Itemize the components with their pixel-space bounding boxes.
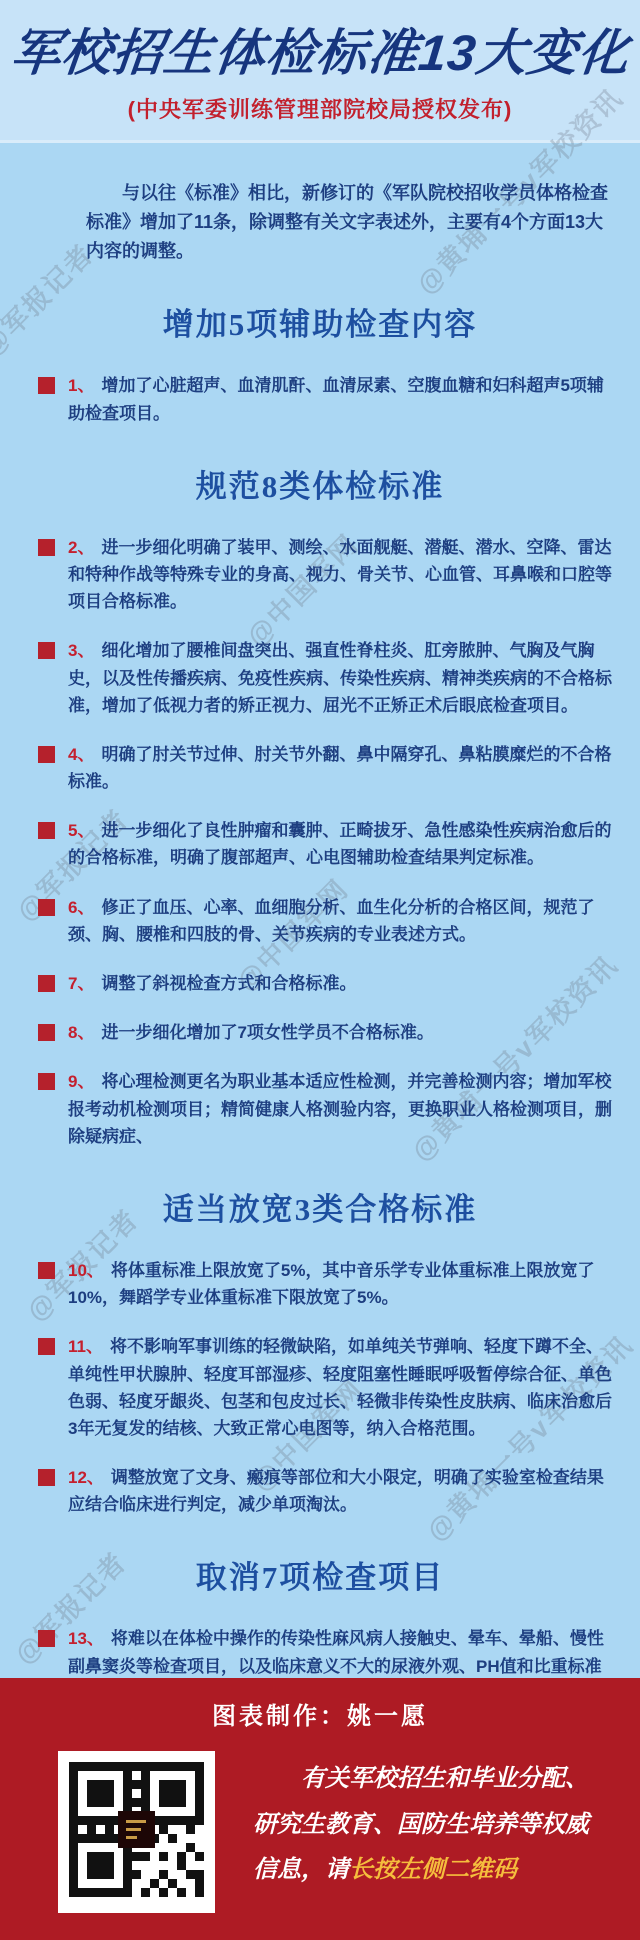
- item-text: 将不影响军事训练的轻微缺陷，如单纯关节弹响、轻度下蹲不全、单纯性甲状腺肿、轻度耳…: [68, 1337, 612, 1438]
- intro-paragraph: 与以往《标准》相比，新修订的《军队院校招收学员体格检查标准》增加了11条，除调整…: [0, 179, 640, 265]
- item-number: 11、: [68, 1337, 103, 1356]
- red-square-bullet-icon: [38, 746, 55, 763]
- item-text: 调整了斜视检查方式和合格标准。: [101, 974, 356, 993]
- item-text: 将体重标准上限放宽了5%，其中音乐学专业体重标准上限放宽了10%，舞蹈学专业体重…: [68, 1261, 595, 1307]
- red-square-bullet-icon: [38, 1262, 55, 1279]
- promo-text: 有关军校招生和毕业分配、 研究生教育、国防生培养等权威 信息，请长按左侧二维码: [215, 1751, 640, 1894]
- item-text: 进一步细化增加了7项女性学员不合格标准。: [101, 1023, 433, 1042]
- list-item-1: 1、增加了心脏超声、血清肌酐、血清尿素、空腹血糖和妇科超声5项辅助检查项目。: [0, 372, 640, 426]
- masthead: 军校招生体检标准13大变化 (中央军委训练管理部院校局授权发布): [0, 0, 640, 143]
- page-subtitle: (中央军委训练管理部院校局授权发布): [0, 93, 640, 124]
- item-number: 8、: [68, 1023, 94, 1042]
- item-number: 2、: [68, 538, 94, 557]
- list-item-10: 10、将体重标准上限放宽了5%，其中音乐学专业体重标准上限放宽了10%，舞蹈学专…: [0, 1257, 640, 1311]
- section-heading-2: 规范8类体检标准: [0, 461, 640, 506]
- credit-line: 图表制作：姚一愿: [0, 1696, 640, 1731]
- item-number: 1、: [68, 376, 94, 395]
- item-text: 将难以在体检中操作的传染性麻风病人接触史、晕车、晕船、慢性副鼻窦炎等检查项目，以…: [68, 1629, 604, 1678]
- item-text: 进一步细化了良性肿瘤和囊肿、正畸拔牙、急性感染性疾病治愈后的的合格标准，明确了腹…: [68, 821, 611, 867]
- footer-row: 有关军校招生和毕业分配、 研究生教育、国防生培养等权威 信息，请长按左侧二维码: [0, 1751, 640, 1913]
- red-square-bullet-icon: [38, 642, 55, 659]
- item-text: 增加了心脏超声、血清肌酐、血清尿素、空腹血糖和妇科超声5项辅助检查项目。: [68, 376, 604, 422]
- page-title: 军校招生体检标准13大变化: [0, 26, 640, 81]
- section-heading-1: 增加5项辅助检查内容: [0, 299, 640, 344]
- qr-code-image: [69, 1762, 204, 1897]
- promo-line-2: 研究生教育、国防生培养等权威: [253, 1803, 618, 1849]
- item-number: 10、: [68, 1261, 104, 1280]
- red-square-bullet-icon: [38, 539, 55, 556]
- promo-line-3-white: 信息，请: [253, 1857, 349, 1883]
- section-heading-3: 适当放宽3类合格标准: [0, 1184, 640, 1229]
- list-item-7: 7、调整了斜视检查方式和合格标准。: [0, 970, 640, 997]
- item-text: 明确了肘关节过伸、肘关节外翻、鼻中隔穿孔、鼻粘膜糜烂的不合格标准。: [68, 745, 611, 791]
- promo-line-3-highlight: 长按左侧二维码: [349, 1857, 517, 1883]
- item-number: 3、: [68, 641, 94, 660]
- item-text: 细化增加了腰椎间盘突出、强直性脊柱炎、肛旁脓肿、气胸及气胸史，以及性传播疾病、免…: [68, 641, 612, 714]
- red-square-bullet-icon: [38, 899, 55, 916]
- red-square-bullet-icon: [38, 1630, 55, 1647]
- item-number: 7、: [68, 974, 94, 993]
- item-number: 12、: [68, 1468, 104, 1487]
- qr-code: [58, 1751, 215, 1913]
- promo-line-3: 信息，请长按左侧二维码: [253, 1848, 618, 1894]
- section-heading-4: 取消7项检查项目: [0, 1552, 640, 1597]
- list-item-13: 13、将难以在体检中操作的传染性麻风病人接触史、晕车、晕船、慢性副鼻窦炎等检查项…: [0, 1625, 640, 1678]
- item-number: 4、: [68, 745, 94, 764]
- list-item-2: 2、进一步细化明确了装甲、测绘、水面舰艇、潜艇、潜水、空降、雷达和特种作战等特殊…: [0, 534, 640, 616]
- infographic-poster: @黄埔一号v军校资讯 @军报记者 @中国军网 @军报记者 @中国军网 @黄埔一号…: [0, 0, 640, 1940]
- red-square-bullet-icon: [38, 975, 55, 992]
- list-item-4: 4、明确了肘关节过伸、肘关节外翻、鼻中隔穿孔、鼻粘膜糜烂的不合格标准。: [0, 741, 640, 795]
- promo-line-1: 有关军校招生和毕业分配、: [253, 1757, 618, 1803]
- item-number: 6、: [68, 898, 94, 917]
- list-item-5: 5、进一步细化了良性肿瘤和囊肿、正畸拔牙、急性感染性疾病治愈后的的合格标准，明确…: [0, 817, 640, 871]
- item-text: 进一步细化明确了装甲、测绘、水面舰艇、潜艇、潜水、空降、雷达和特种作战等特殊专业…: [68, 538, 612, 611]
- list-item-9: 9、将心理检测更名为职业基本适应性检测，并完善检测内容；增加军校报考动机检测项目…: [0, 1068, 640, 1150]
- list-item-8: 8、进一步细化增加了7项女性学员不合格标准。: [0, 1019, 640, 1046]
- item-number: 5、: [68, 821, 94, 840]
- list-item-12: 12、调整放宽了文身、瘢痕等部位和大小限定，明确了实验室检查结果应结合临床进行判…: [0, 1464, 640, 1518]
- red-square-bullet-icon: [38, 1073, 55, 1090]
- content-body: 与以往《标准》相比，新修订的《军队院校招收学员体格检查标准》增加了11条，除调整…: [0, 143, 640, 1678]
- item-number: 9、: [68, 1072, 94, 1091]
- red-square-bullet-icon: [38, 1338, 55, 1355]
- red-square-bullet-icon: [38, 822, 55, 839]
- list-item-11: 11、将不影响军事训练的轻微缺陷，如单纯关节弹响、轻度下蹲不全、单纯性甲状腺肿、…: [0, 1333, 640, 1442]
- red-square-bullet-icon: [38, 1024, 55, 1041]
- item-text: 调整放宽了文身、瘢痕等部位和大小限定，明确了实验室检查结果应结合临床进行判定，减…: [68, 1468, 604, 1514]
- footer: 图表制作：姚一愿: [0, 1678, 640, 1940]
- item-text: 将心理检测更名为职业基本适应性检测，并完善检测内容；增加军校报考动机检测项目；精…: [68, 1072, 612, 1145]
- item-text: 修正了血压、心率、血细胞分析、血生化分析的合格区间，规范了颈、胸、腰椎和四肢的骨…: [68, 898, 594, 944]
- list-item-6: 6、修正了血压、心率、血细胞分析、血生化分析的合格区间，规范了颈、胸、腰椎和四肢…: [0, 894, 640, 948]
- item-number: 13、: [68, 1629, 104, 1648]
- red-square-bullet-icon: [38, 377, 55, 394]
- list-item-3: 3、细化增加了腰椎间盘突出、强直性脊柱炎、肛旁脓肿、气胸及气胸史，以及性传播疾病…: [0, 637, 640, 719]
- red-square-bullet-icon: [38, 1469, 55, 1486]
